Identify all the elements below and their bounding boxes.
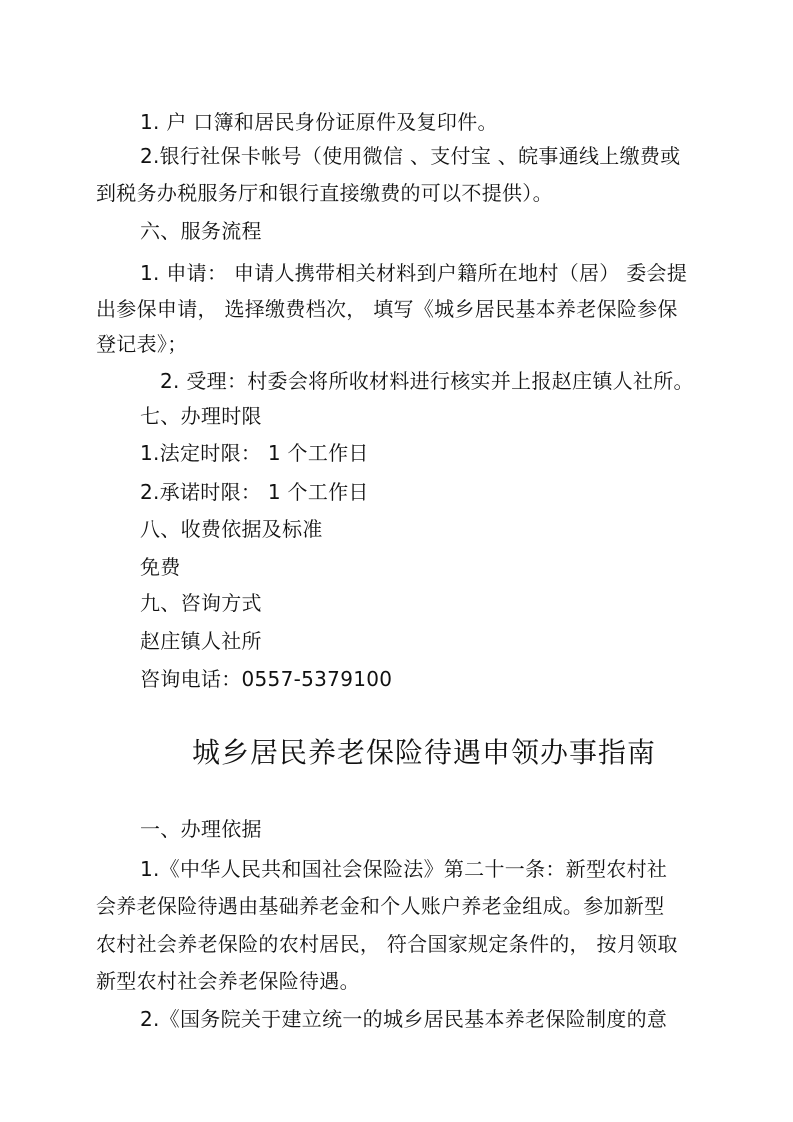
basis-line: 新型农村社会养老保险待遇。 <box>96 969 360 993</box>
fees-heading: 八、收费依据及标准 <box>140 517 323 541</box>
process-heading: 六、服务流程 <box>140 219 262 243</box>
process-line: 1. 申请： 申请人携带相关材料到户籍所在地村（居） 委会提 <box>140 261 687 285</box>
consult-office: 赵庄镇人社所 <box>140 629 262 653</box>
basis-line: 2.《国务院关于建立统一的城乡居民基本养老保险制度的意 <box>140 1007 667 1031</box>
process-line: 登记表》； <box>96 332 188 356</box>
material-item-1: 1. 户 口簿和居民身份证原件及复印件。 <box>140 110 498 134</box>
material-item-2-cont: 到税务办税服务厅和银行直接缴费的可以不提供）。 <box>96 181 553 205</box>
fees-line: 免费 <box>140 555 181 579</box>
document-page: 1. 户 口簿和居民身份证原件及复印件。 2.银行社保卡帐号（使用微信 、支付宝… <box>0 0 793 1122</box>
consult-heading: 九、咨询方式 <box>140 591 262 615</box>
process-line: 2. 受理：村委会将所收材料进行核实并上报赵庄镇人社所。 <box>160 369 694 393</box>
basis-line: 农村社会养老保险的农村居民， 符合国家规定条件的， 按月领取 <box>96 932 678 956</box>
time-limit-heading: 七、办理时限 <box>140 404 262 428</box>
consult-phone: 咨询电话：0557-5379100 <box>140 667 392 691</box>
guide-title: 城乡居民养老保险待遇申领办事指南 <box>192 736 656 770</box>
time-limit-line: 2.承诺时限： 1 个工作日 <box>140 480 369 504</box>
basis-line: 1.《中华人民共和国社会保险法》第二十一条：新型农村社 <box>140 857 667 881</box>
basis-heading: 一、办理依据 <box>140 817 262 841</box>
basis-line: 会养老保险待遇由基础养老金和个人账户养老金组成。参加新型 <box>96 894 664 918</box>
process-line: 出参保申请， 选择缴费档次， 填写《城乡居民基本养老保险参保 <box>96 297 678 321</box>
material-item-2: 2.银行社保卡帐号（使用微信 、支付宝 、皖事通线上缴费或 <box>140 144 681 168</box>
time-limit-line: 1.法定时限： 1 个工作日 <box>140 441 369 465</box>
